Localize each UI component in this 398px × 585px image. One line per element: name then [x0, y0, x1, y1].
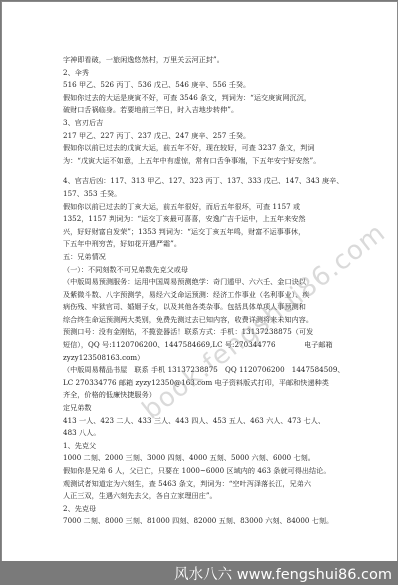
text-line: 假如你以前已过去的丁亥大运，前五年很好，而后五年很坏，可查 1157 或 [63, 201, 363, 214]
text-line: zyzy123508163.com） [63, 352, 363, 365]
text-line: 413 一人、423 二人、433 三人、443 四人、453 五人、463 六… [63, 415, 363, 428]
text-line: （中版周易预测服务：运用中国周易预测绝学：奇门遁甲、六六壬、金口诀以 [63, 276, 363, 289]
text-line: 观测试者知道定为六刻生，查 5463 条文，判词为：“空叶泻泽落长江，兄弟六 [63, 478, 363, 491]
text-line: 定兄弟数 [63, 402, 363, 415]
document-body: 字神即看破，一旅闲逸悠然村，万里关云河正封”。2、伞秀516 甲乙、526 丙丁… [63, 54, 363, 528]
footer-site-brand: 风水八六 www.fengshui86.com [174, 563, 392, 584]
text-line: LC 270334776 邮箱 zyzy12350@163.com 电子资料版式… [63, 377, 363, 390]
text-line: 1、先克父 [63, 440, 363, 453]
text-line: 1352，1157 判词为：“运交丁亥最可喜喜，安逸广吉千运中，上五年来安然 [63, 213, 363, 226]
text-line: （一）：不同刻数不可兄弟数先克父或母 [63, 264, 363, 277]
text-line: 假如你以前已过去的戊寅大运，前五年不好，现在较好，可查 3237 条文，判词 [63, 142, 363, 155]
text-line: 兴，好好财富自发荣”；1353 判词为：“运交丁亥五年鸣，财富不运事事休， [63, 226, 363, 239]
text-line: 齐全，价格的低廉快捷服务） [63, 389, 363, 402]
text-line: 7000 二刻、8000 三刻、81000 四刻、82000 五刻、83000 … [63, 515, 363, 528]
text-line: 综合终生命运预测两大类别，免费先测过去已知内容，收费详测将来未知内容。 [63, 314, 363, 327]
text-line: 2、伞秀 [63, 67, 363, 80]
text-line: 217 甲乙、227 丙丁、237 戊己、247 庚辛、257 壬癸。 [63, 130, 363, 143]
text-line: 及紫微斗数、八字预测学，易经六爻命运预测：经济工作事业（名利事业）、疾 [63, 289, 363, 302]
text-line: 病伤残、牢狱官司、婚姻子女，以及其他各类杂事。包括具体单项人事预测和 [63, 301, 363, 314]
text-line: （中版周易精品书屋 联系 手机 13137238875 QQ 112070620… [63, 364, 363, 377]
text-line: 483 八人。 [63, 427, 363, 440]
text-line: 预测口号：没有金刚钻，不揽瓷器活！联系方式：手机：13137238875（可发 [63, 326, 363, 339]
text-line: 字神即看破，一旅闲逸悠然村，万里关云河正封”。 [63, 54, 363, 67]
text-line: 为：“戊寅大运不如意，上五年中有虚惊，常有口舌争事端，下五年安宁好安然”。 [63, 155, 363, 168]
text-line: 五：兄弟情况 [63, 251, 363, 264]
text-line: 假如你是兄弟 6 人，父已亡，只要在 1000~6000 区域内的 463 条就… [63, 465, 363, 478]
text-line: 短信），QQ 号:1120706200、1447584669,LC 号:2703… [63, 339, 363, 352]
text-line: 3、官刃后吉 [63, 117, 363, 130]
text-line: 1000 二刻、2000 三刻、3000 四刻、4000 五刻、5000 六刻、… [63, 452, 363, 465]
document-page: 字神即看破，一旅闲逸悠然村，万里关云河正封”。2、伞秀516 甲乙、526 丙丁… [1, 1, 398, 561]
text-line: 157、353 壬癸。 [63, 188, 363, 201]
text-line: 假如你过去的大运是庚寅不好，可查 3546 条文，判词为：“运交庚寅网沉沉， [63, 92, 363, 105]
text-line: 下五年中刑穷苦，好如花开遇严霜”。 [63, 238, 363, 251]
text-line: 人正三双，生遇六刻先去父，各自立家理田庄”。 [63, 490, 363, 503]
text-line: 516 甲乙、526 丙丁、536 戊己、546 庚辛、556 壬癸。 [63, 79, 363, 92]
text-line: 破财口舌祸临身。若要地前三竿日，时入吉地步转伸”。 [63, 104, 363, 117]
footer-banner: 风水八六 www.fengshui86.com [0, 562, 398, 585]
text-line: 2、先克母 [63, 503, 363, 516]
text-line: 4、官吉后凶：117、313 甲乙、127、323 丙丁、137、333 戊己、… [63, 175, 363, 188]
